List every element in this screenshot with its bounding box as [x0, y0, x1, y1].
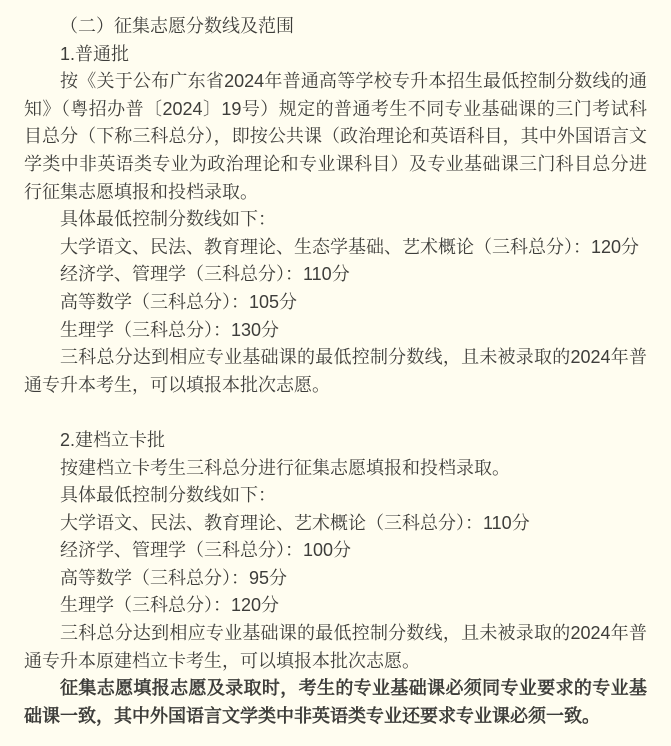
- emphasis-note: 征集志愿填报志愿及录取时，考生的专业基础课必须同专业要求的专业基础课一致，其中外…: [24, 675, 647, 730]
- document-page: （二）征集志愿分数线及范围 1.普通批 按《关于公布广东省2024年普通高等学校…: [0, 0, 671, 746]
- batch1-score-line: 生理学（三科总分）：130分: [24, 317, 647, 345]
- batch2-score-line: 大学语文、民法、教育理论、艺术概论（三科总分）：110分: [24, 510, 647, 538]
- batch2-score-lines-label: 具体最低控制分数线如下：: [24, 482, 647, 510]
- section-heading: （二）征集志愿分数线及范围: [24, 13, 647, 41]
- batch1-score-lines-label: 具体最低控制分数线如下：: [24, 206, 647, 234]
- batch1-intro: 按《关于公布广东省2024年普通高等学校专升本招生最低控制分数线的通知》（粤招办…: [24, 68, 647, 206]
- batch1-note: 三科总分达到相应专业基础课的最低控制分数线，且未被录取的2024年普通专升本考生…: [24, 344, 647, 399]
- batch2-score-line: 生理学（三科总分）：120分: [24, 592, 647, 620]
- batch1-score-line: 高等数学（三科总分）：105分: [24, 289, 647, 317]
- batch1-title: 1.普通批: [24, 41, 647, 69]
- batch2-title: 2.建档立卡批: [24, 427, 647, 455]
- batch1-score-line: 经济学、管理学（三科总分）：110分: [24, 261, 647, 289]
- batch2-note: 三科总分达到相应专业基础课的最低控制分数线，且未被录取的2024年普通专升本原建…: [24, 620, 647, 675]
- batch1-score-line: 大学语文、民法、教育理论、生态学基础、艺术概论（三科总分）：120分: [24, 234, 647, 262]
- blank-line: [24, 399, 647, 427]
- batch2-intro: 按建档立卡考生三科总分进行征集志愿填报和投档录取。: [24, 455, 647, 483]
- batch2-score-line: 经济学、管理学（三科总分）：100分: [24, 537, 647, 565]
- batch2-score-line: 高等数学（三科总分）：95分: [24, 565, 647, 593]
